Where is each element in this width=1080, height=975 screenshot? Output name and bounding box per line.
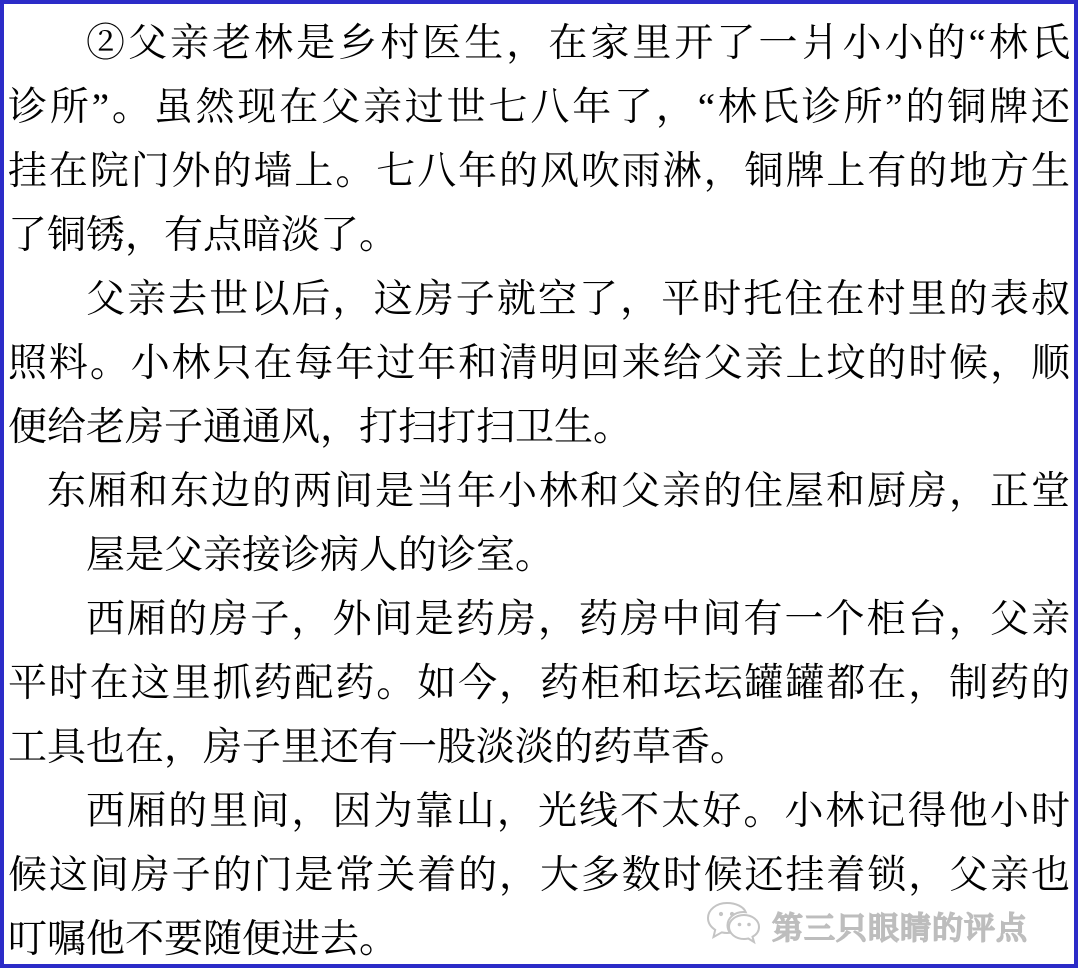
paragraph: 东厢和东边的两间是当年小林和父亲的住屋和厨房，正堂屋是父亲接诊病人的诊室。	[8, 460, 1070, 588]
text-line: 候这间房子的门是常关着的，大多数时候还挂着锁，父亲也	[8, 844, 1070, 908]
text-line: 挂在院门外的墙上。七八年的风吹雨淋，铜牌上有的地方生	[8, 140, 1070, 204]
paragraph: ②父亲老林是乡村医生，在家里开了一爿小小的“林氏诊所”。虽然现在父亲过世七八年了…	[8, 12, 1070, 268]
watermark-label: 第三只眼睛的评点	[772, 903, 1028, 948]
text-line: 东厢和东边的两间是当年小林和父亲的住屋和厨房，正堂	[8, 460, 1070, 524]
page-frame: ②父亲老林是乡村医生，在家里开了一爿小小的“林氏诊所”。虽然现在父亲过世七八年了…	[0, 0, 1078, 968]
paragraph: 父亲去世以后，这房子就空了，平时托住在村里的表叔照料。小林只在每年过年和清明回来…	[8, 268, 1070, 460]
paragraph: 西厢的房子，外间是药房，药房中间有一个柜台，父亲平时在这里抓药配药。如今，药柜和…	[8, 588, 1070, 780]
text-line: 了铜锈，有点暗淡了。	[8, 204, 1070, 268]
text-block: ②父亲老林是乡村医生，在家里开了一爿小小的“林氏诊所”。虽然现在父亲过世七八年了…	[8, 12, 1070, 968]
text-line: 便给老房子通通风，打扫打扫卫生。	[8, 396, 1070, 460]
wechat-icon	[704, 900, 764, 950]
text-line: 父亲去世以后，这房子就空了，平时托住在村里的表叔	[8, 268, 1070, 332]
text-line: 诊所”。虽然现在父亲过世七八年了，“林氏诊所”的铜牌还	[8, 76, 1070, 140]
text-line: 西厢的房子，外间是药房，药房中间有一个柜台，父亲	[8, 588, 1070, 652]
watermark: 第三只眼睛的评点	[704, 900, 1028, 950]
text-line: 屋是父亲接诊病人的诊室。	[8, 524, 1070, 588]
text-line: 平时在这里抓药配药。如今，药柜和坛坛罐罐都在，制药的	[8, 652, 1070, 716]
text-line: 工具也在，房子里还有一股淡淡的药草香。	[8, 716, 1070, 780]
text-line: ②父亲老林是乡村医生，在家里开了一爿小小的“林氏	[8, 12, 1070, 76]
text-line: 照料。小林只在每年过年和清明回来给父亲上坟的时候，顺	[8, 332, 1070, 396]
text-line: 西厢的里间，因为靠山，光线不太好。小林记得他小时	[8, 780, 1070, 844]
